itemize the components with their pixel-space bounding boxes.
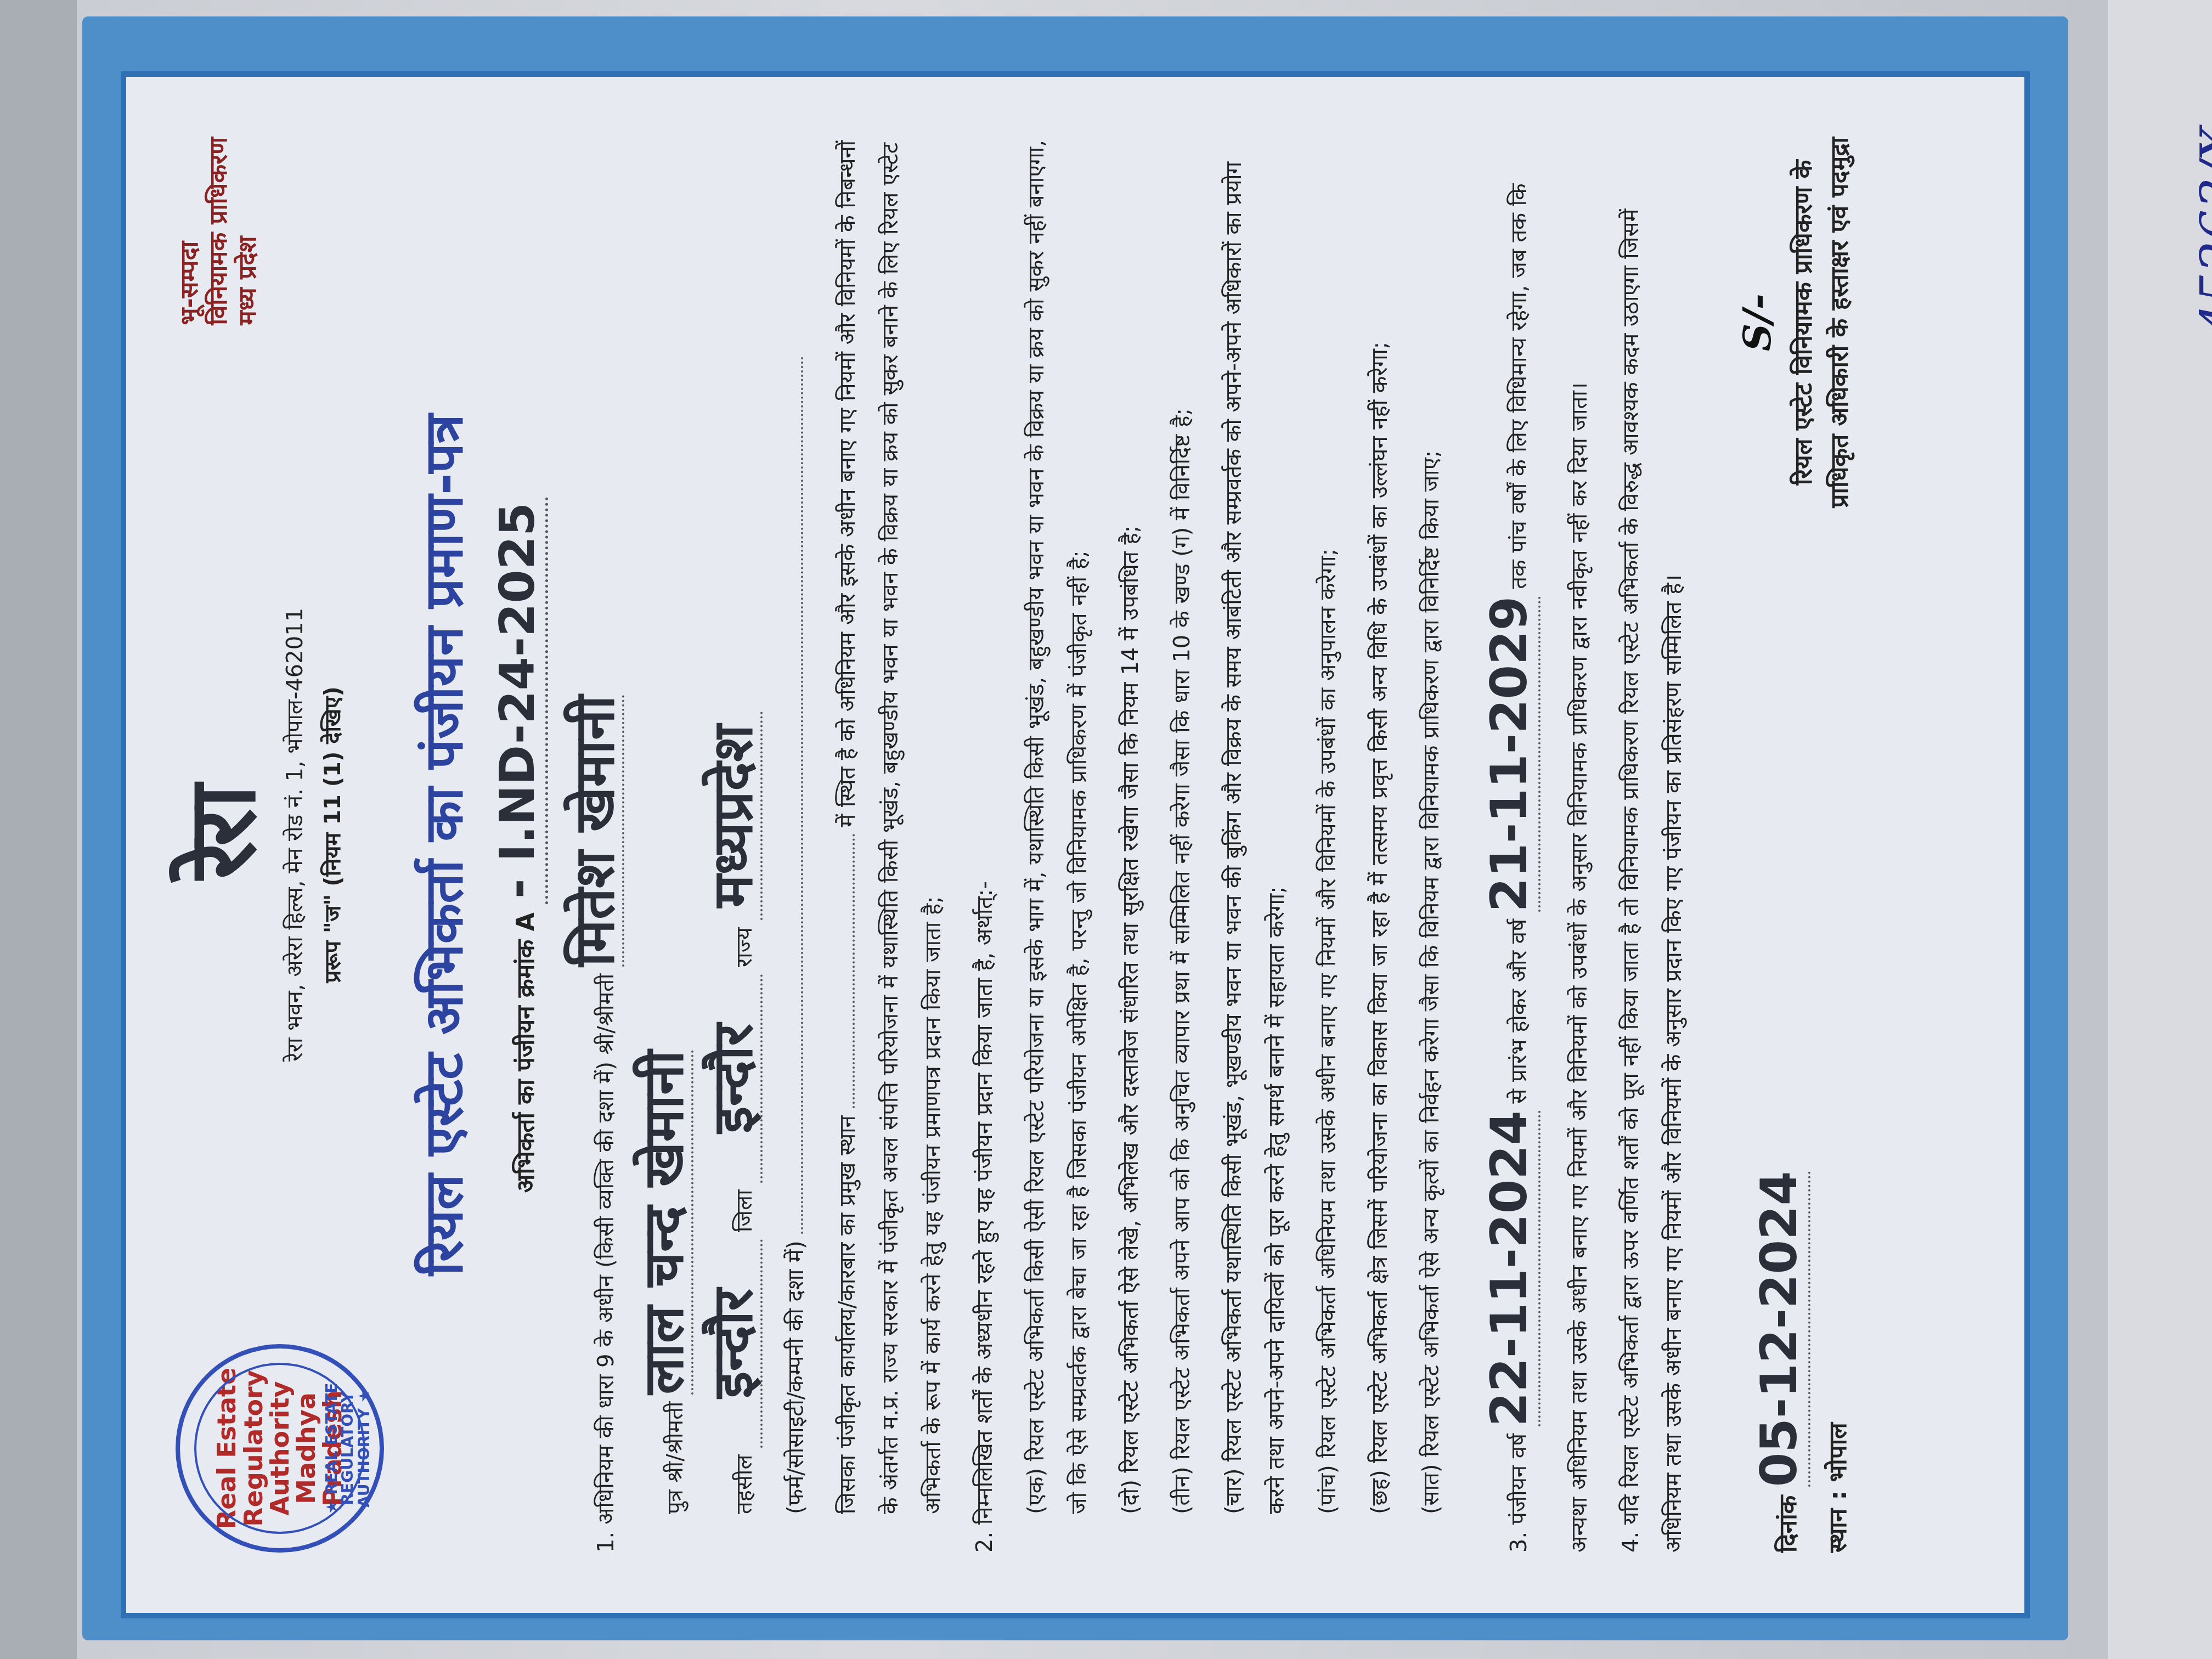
certificate-title: रियल एस्टेट अभिकर्ता का पंजीयन प्रमाण-पत… <box>406 137 478 1553</box>
issue-place: स्थान : भोपाल <box>1819 1171 1858 1553</box>
authority-seal: Real Estate Regulatory Authority Madhya … <box>176 1344 384 1553</box>
clause-2: 2. निम्नलिखित शर्तों के अध्यधीन रहते हुए… <box>963 137 1006 1553</box>
signature: S/- <box>1728 137 1786 508</box>
condition-1: (एक) रियल एस्टेट अभिकर्ता किसी ऐसी रियल … <box>1015 137 1101 1553</box>
firm-blank <box>801 356 803 1234</box>
condition-6: (छह) रियल एस्टेट अभिकर्ता क्षेत्र जिसमें… <box>1358 137 1401 1553</box>
certificate-frame: Real Estate Regulatory Authority Madhya … <box>82 16 2068 1640</box>
handwritten-note: 45263/X <box>2190 126 2212 335</box>
condition-2: (दो) रियल एस्टेट अभिकर्ता ऐसे लेखे, अभिल… <box>1109 137 1152 1553</box>
registration-number: - I.ND-24-2025 <box>489 497 548 904</box>
condition-4: (चार) रियल एस्टेट अभिकर्ता यथास्थिति किस… <box>1212 137 1298 1553</box>
form-reference: प्ररूप "ज" (नियम 11 (1) देखिए) <box>317 325 347 1344</box>
office-line: जिसका पंजीकृत कार्यालय/कारबार का प्रमुख … <box>826 137 955 1553</box>
certificate-document: Real Estate Regulatory Authority Madhya … <box>121 71 2030 1618</box>
certificate-footer: दिनांक 05-12-2024 स्थान : भोपाल S/- रियल… <box>1728 137 1858 1553</box>
signatory-block: S/- रियल एस्टेट विनियामक प्राधिकरण के प्… <box>1728 137 1858 508</box>
tehsil-value: इन्दौर <box>706 1239 763 1448</box>
agent-name: मितेश खेमानी <box>567 695 624 966</box>
authority-name-hindi: भू-सम्पदा विनियामक प्राधिकरण मध्य प्रदेश <box>176 137 262 325</box>
rera-logo: रेरा <box>176 325 269 1344</box>
validity-start-date: 22-11-2024 <box>1481 1110 1541 1426</box>
state-value: मध्यप्रदेश <box>706 712 763 921</box>
certificate-body: 1. अधिनियम की धारा 9 के अधीन (किसी व्यक्… <box>567 137 1695 1553</box>
validity-end-date: 21-11-2029 <box>1481 596 1541 912</box>
date-place-block: दिनांक 05-12-2024 स्थान : भोपाल <box>1740 1171 1858 1553</box>
clause-1: 1. अधिनियम की धारा 9 के अधीन (किसी व्यक्… <box>567 137 628 1553</box>
seal-ring-text: ★ REAL ESTATE REGULATORY AUTHORITY ★ <box>324 1348 372 1548</box>
father-name: लाल चन्द खेमानी <box>636 1050 693 1395</box>
authority-address: रेरा भवन, अरेरा हिल्स, मेन रोड नं. 1, भो… <box>279 325 309 1344</box>
condition-7: (सात) रियल एस्टेट अभिकर्ता ऐसे अन्य कृत्… <box>1410 137 1453 1553</box>
issue-date: 05-12-2024 <box>1751 1171 1810 1487</box>
clause-4: 4. यदि रियल एस्टेट अभिकर्ता द्वारा ऊपर व… <box>1610 137 1695 1553</box>
certificate-header: Real Estate Regulatory Authority Madhya … <box>176 137 384 1553</box>
photo-background-paper-stack: 45263/X <box>2108 0 2212 1659</box>
clause-3: 3. पंजीयन वर्ष 22-11-2024 से प्रारंभ होक… <box>1462 137 1601 1553</box>
photo-background-left <box>0 0 77 1659</box>
condition-5: (पांच) रियल एस्टेट अभिकर्ता अधिनियम तथा … <box>1307 137 1350 1553</box>
registration-line: अभिकर्ता का पंजीयन क्रमांक A - I.ND-24-2… <box>489 137 545 1553</box>
header-center: रेरा रेरा भवन, अरेरा हिल्स, मेन रोड नं. … <box>176 325 347 1344</box>
father-line: पुत्र श्री/श्रीमती लाल चन्द खेमानी <box>636 137 697 1553</box>
office-blank <box>853 834 855 1108</box>
location-line: तहसील इन्दौर जिला इन्दौर राज्य मध्यप्रदे… <box>706 137 766 1553</box>
registration-label: अभिकर्ता का पंजीयन क्रमांक A <box>512 912 540 1193</box>
district-value: इन्दौर <box>706 974 763 1183</box>
firm-line: (फर्म/सोसाइटी/कम्पनी की दशा में) <box>775 137 817 1553</box>
condition-3: (तीन) रियल एस्टेट अभिकर्ता अपने आप को कि… <box>1161 137 1204 1553</box>
